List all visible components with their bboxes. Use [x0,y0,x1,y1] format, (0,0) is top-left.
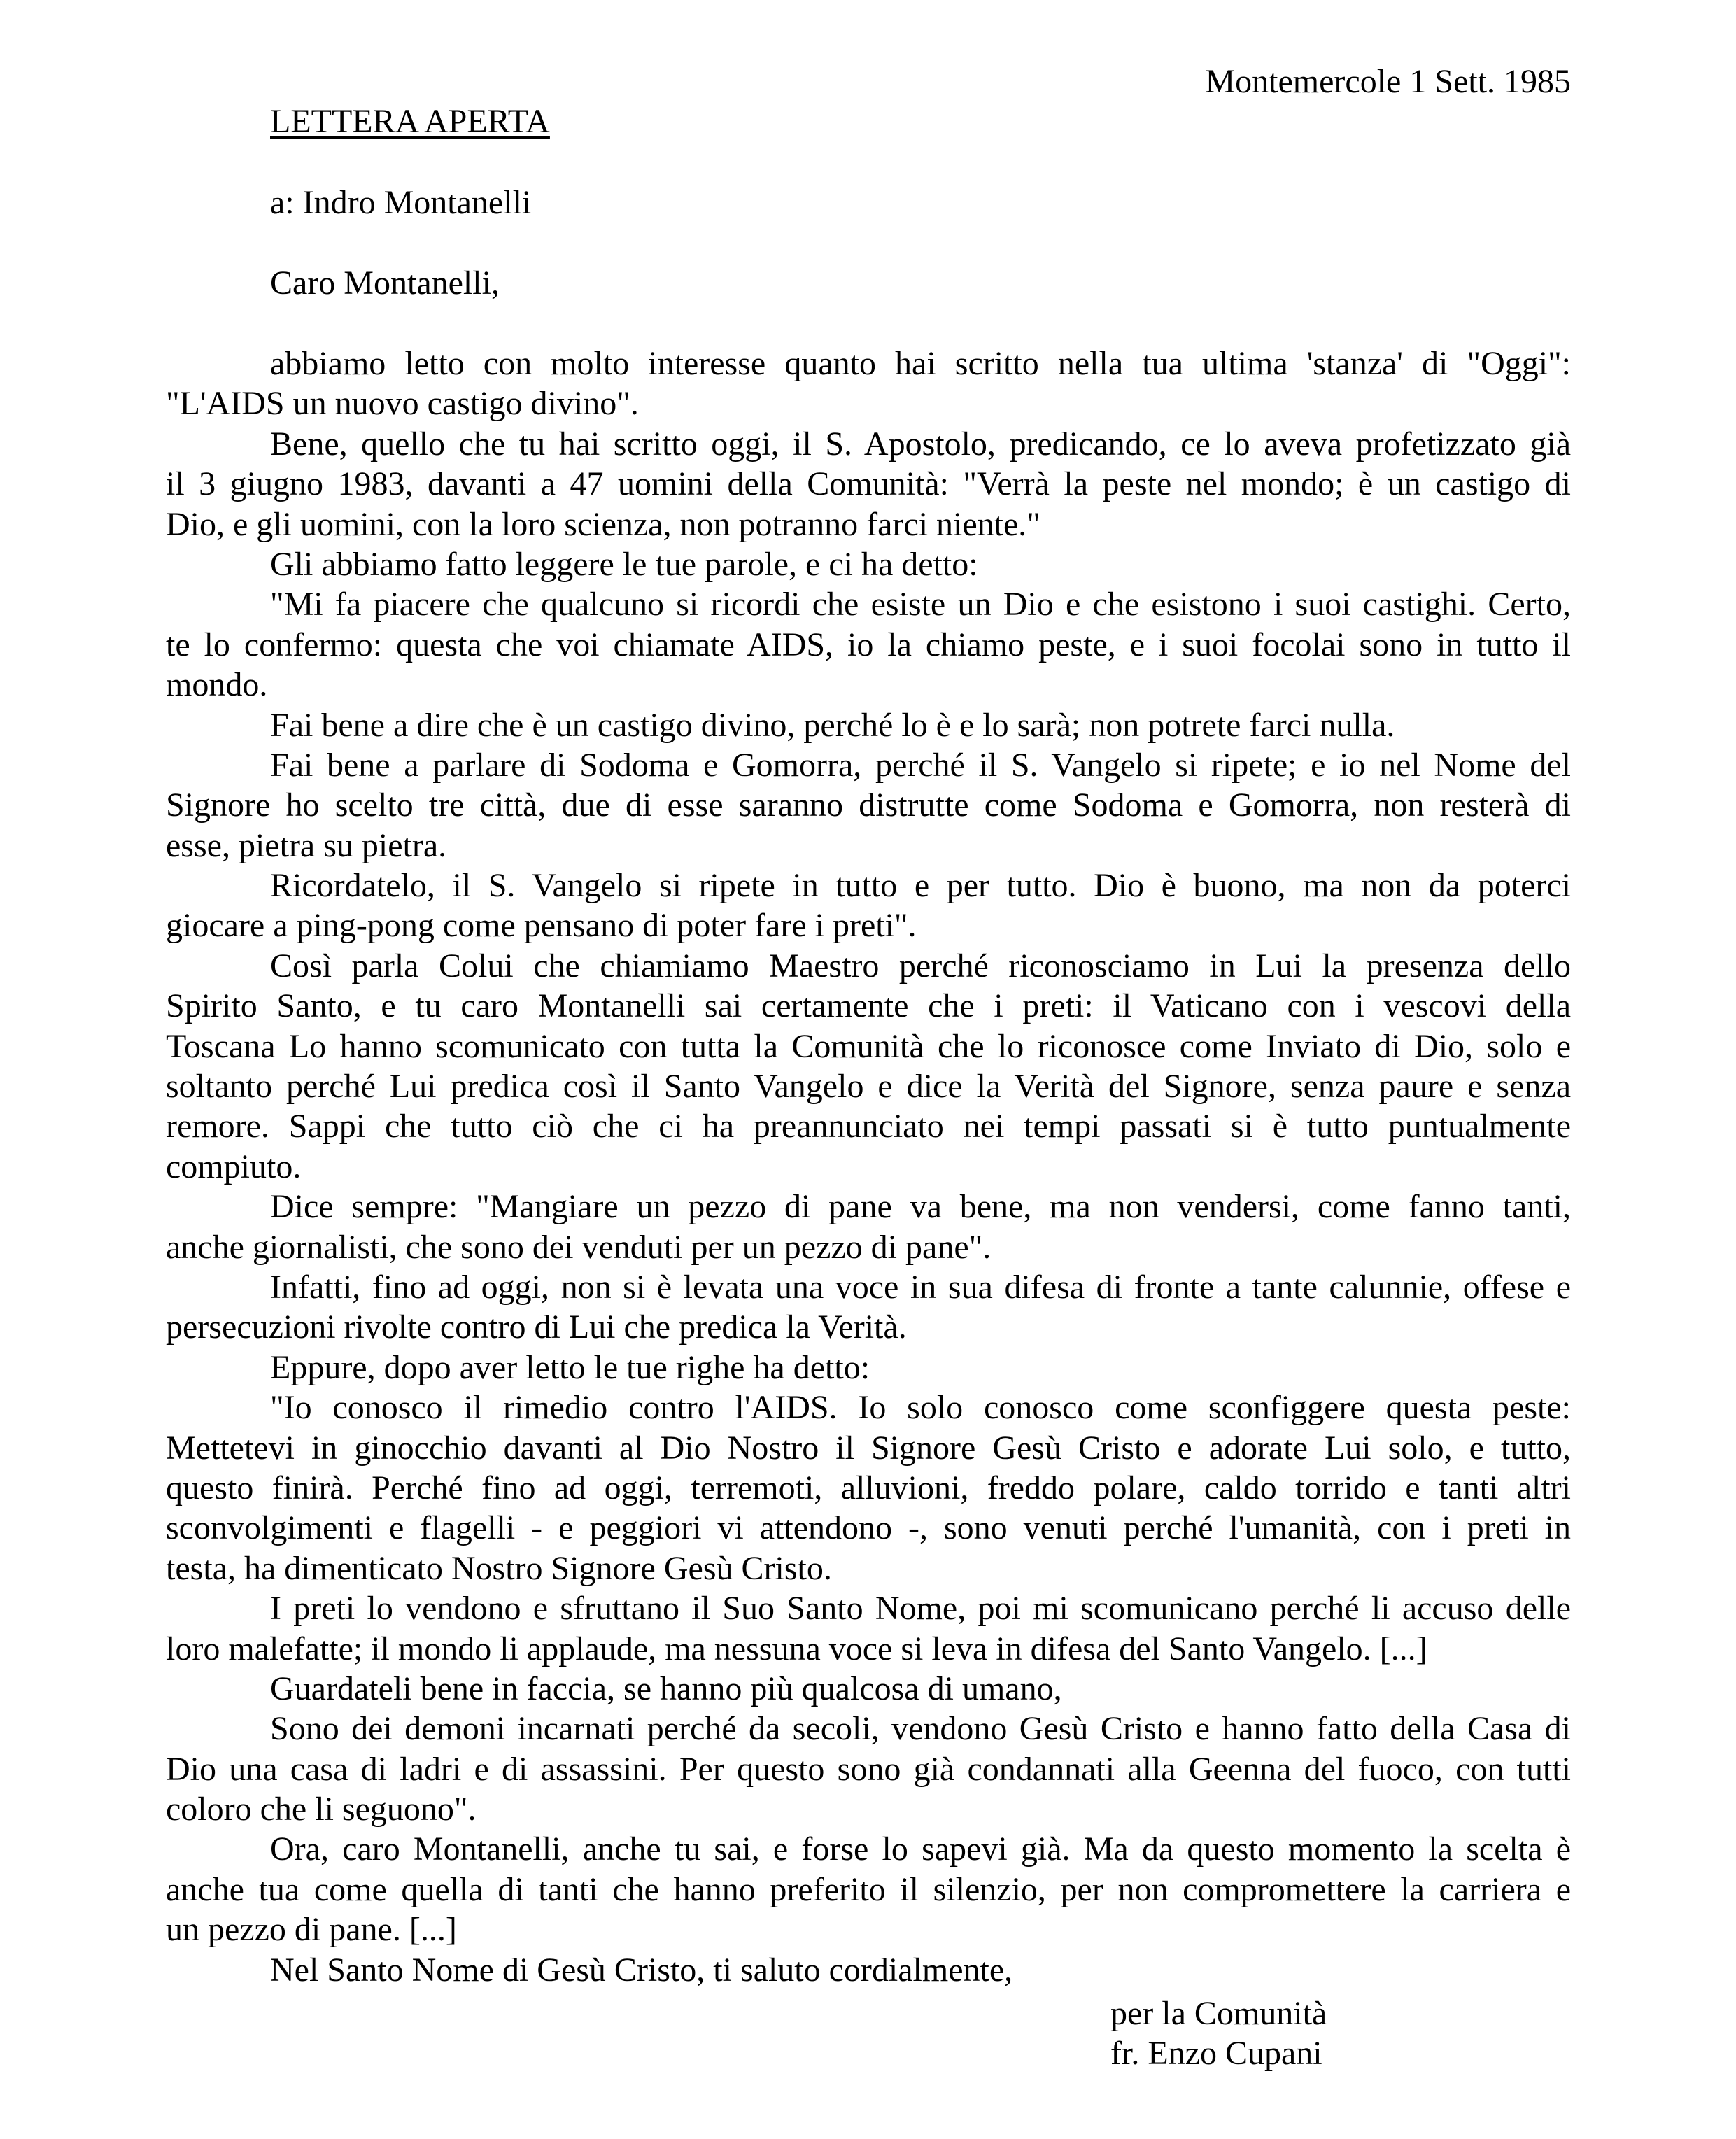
letter-salutation: Caro Montanelli, [270,263,500,303]
body-line: soltanto perché Lui predica così il Sant… [166,1066,1571,1106]
body-line: giocare a ping-pong come pensano di pote… [166,905,1571,945]
body-line: Dice sempre: "Mangiare un pezzo di pane … [166,1187,1571,1227]
letter-recipient: a: Indro Montanelli [270,183,531,223]
body-line: esse, pietra su pietra. [166,826,1571,866]
body-line: Spirito Santo, e tu caro Montanelli sai … [166,986,1571,1026]
signature-name: fr. Enzo Cupani [1110,2033,1327,2073]
body-line: Mettetevi in ginocchio davanti al Dio No… [166,1428,1571,1468]
body-line: Infatti, fino ad oggi, non si è levata u… [166,1267,1571,1307]
body-line: sconvolgimenti e flagelli - e peggiori v… [166,1508,1571,1548]
body-line: Toscana Lo hanno scomunicato con tutta l… [166,1026,1571,1066]
body-line: Fai bene a dire che è un castigo divino,… [166,705,1571,745]
body-line: te lo confermo: questa che voi chiamate … [166,625,1571,665]
body-line: Dio una casa di ladri e di assassini. Pe… [166,1749,1571,1789]
body-line: questo finirà. Perché fino ad oggi, terr… [166,1468,1571,1508]
body-line: remore. Sappi che tutto ciò che ci ha pr… [166,1106,1571,1146]
letter-title: LETTERA APERTA [270,101,550,141]
body-line: Ora, caro Montanelli, anche tu sai, e fo… [166,1829,1571,1869]
body-line: compiuto. [166,1147,1571,1187]
body-line: anche tua come quella di tanti che hanno… [166,1870,1571,1909]
body-line: Così parla Colui che chiamiamo Maestro p… [166,946,1571,986]
body-line: Bene, quello che tu hai scritto oggi, il… [166,424,1571,464]
signature-block: per la Comunità fr. Enzo Cupani [1110,1993,1327,2074]
body-line: "Io conosco il rimedio contro l'AIDS. Io… [166,1388,1571,1427]
body-line: Signore ho scelto tre città, due di esse… [166,785,1571,825]
letter-date: Montemercole 1 Sett. 1985 [1205,62,1571,101]
signature-organization: per la Comunità [1110,1993,1327,2033]
body-line: un pezzo di pane. [...] [166,1909,1571,1949]
body-line: Sono dei demoni incarnati perché da seco… [166,1709,1571,1749]
body-line: persecuzioni rivolte contro di Lui che p… [166,1307,1571,1347]
body-line: mondo. [166,665,1571,705]
body-line: Guardateli bene in faccia, se hanno più … [166,1669,1571,1709]
body-line: Nel Santo Nome di Gesù Cristo, ti saluto… [166,1950,1571,1990]
body-line: Gli abbiamo fatto leggere le tue parole,… [166,544,1571,584]
body-line: loro malefatte; il mondo li applaude, ma… [166,1629,1571,1669]
body-line: anche giornalisti, che sono dei venduti … [166,1227,1571,1267]
body-line: "Mi fa piacere che qualcuno si ricordi c… [166,584,1571,624]
letter-page: Montemercole 1 Sett. 1985 LETTERA APERTA… [0,0,1736,2139]
body-line: il 3 giugno 1983, davanti a 47 uomini de… [166,464,1571,504]
body-line: Dio, e gli uomini, con la loro scienza, … [166,504,1571,544]
body-line: I preti lo vendono e sfruttano il Suo Sa… [166,1588,1571,1628]
body-line: "L'AIDS un nuovo castigo divino". [166,383,1571,423]
body-line: Eppure, dopo aver letto le tue righe ha … [166,1348,1571,1388]
body-line: abbiamo letto con molto interesse quanto… [166,344,1571,383]
body-line: testa, ha dimenticato Nostro Signore Ges… [166,1548,1571,1588]
body-line: coloro che li seguono". [166,1789,1571,1829]
letter-body: abbiamo letto con molto interesse quanto… [166,344,1571,1990]
body-line: Fai bene a parlare di Sodoma e Gomorra, … [166,745,1571,785]
body-line: Ricordatelo, il S. Vangelo si ripete in … [166,866,1571,905]
